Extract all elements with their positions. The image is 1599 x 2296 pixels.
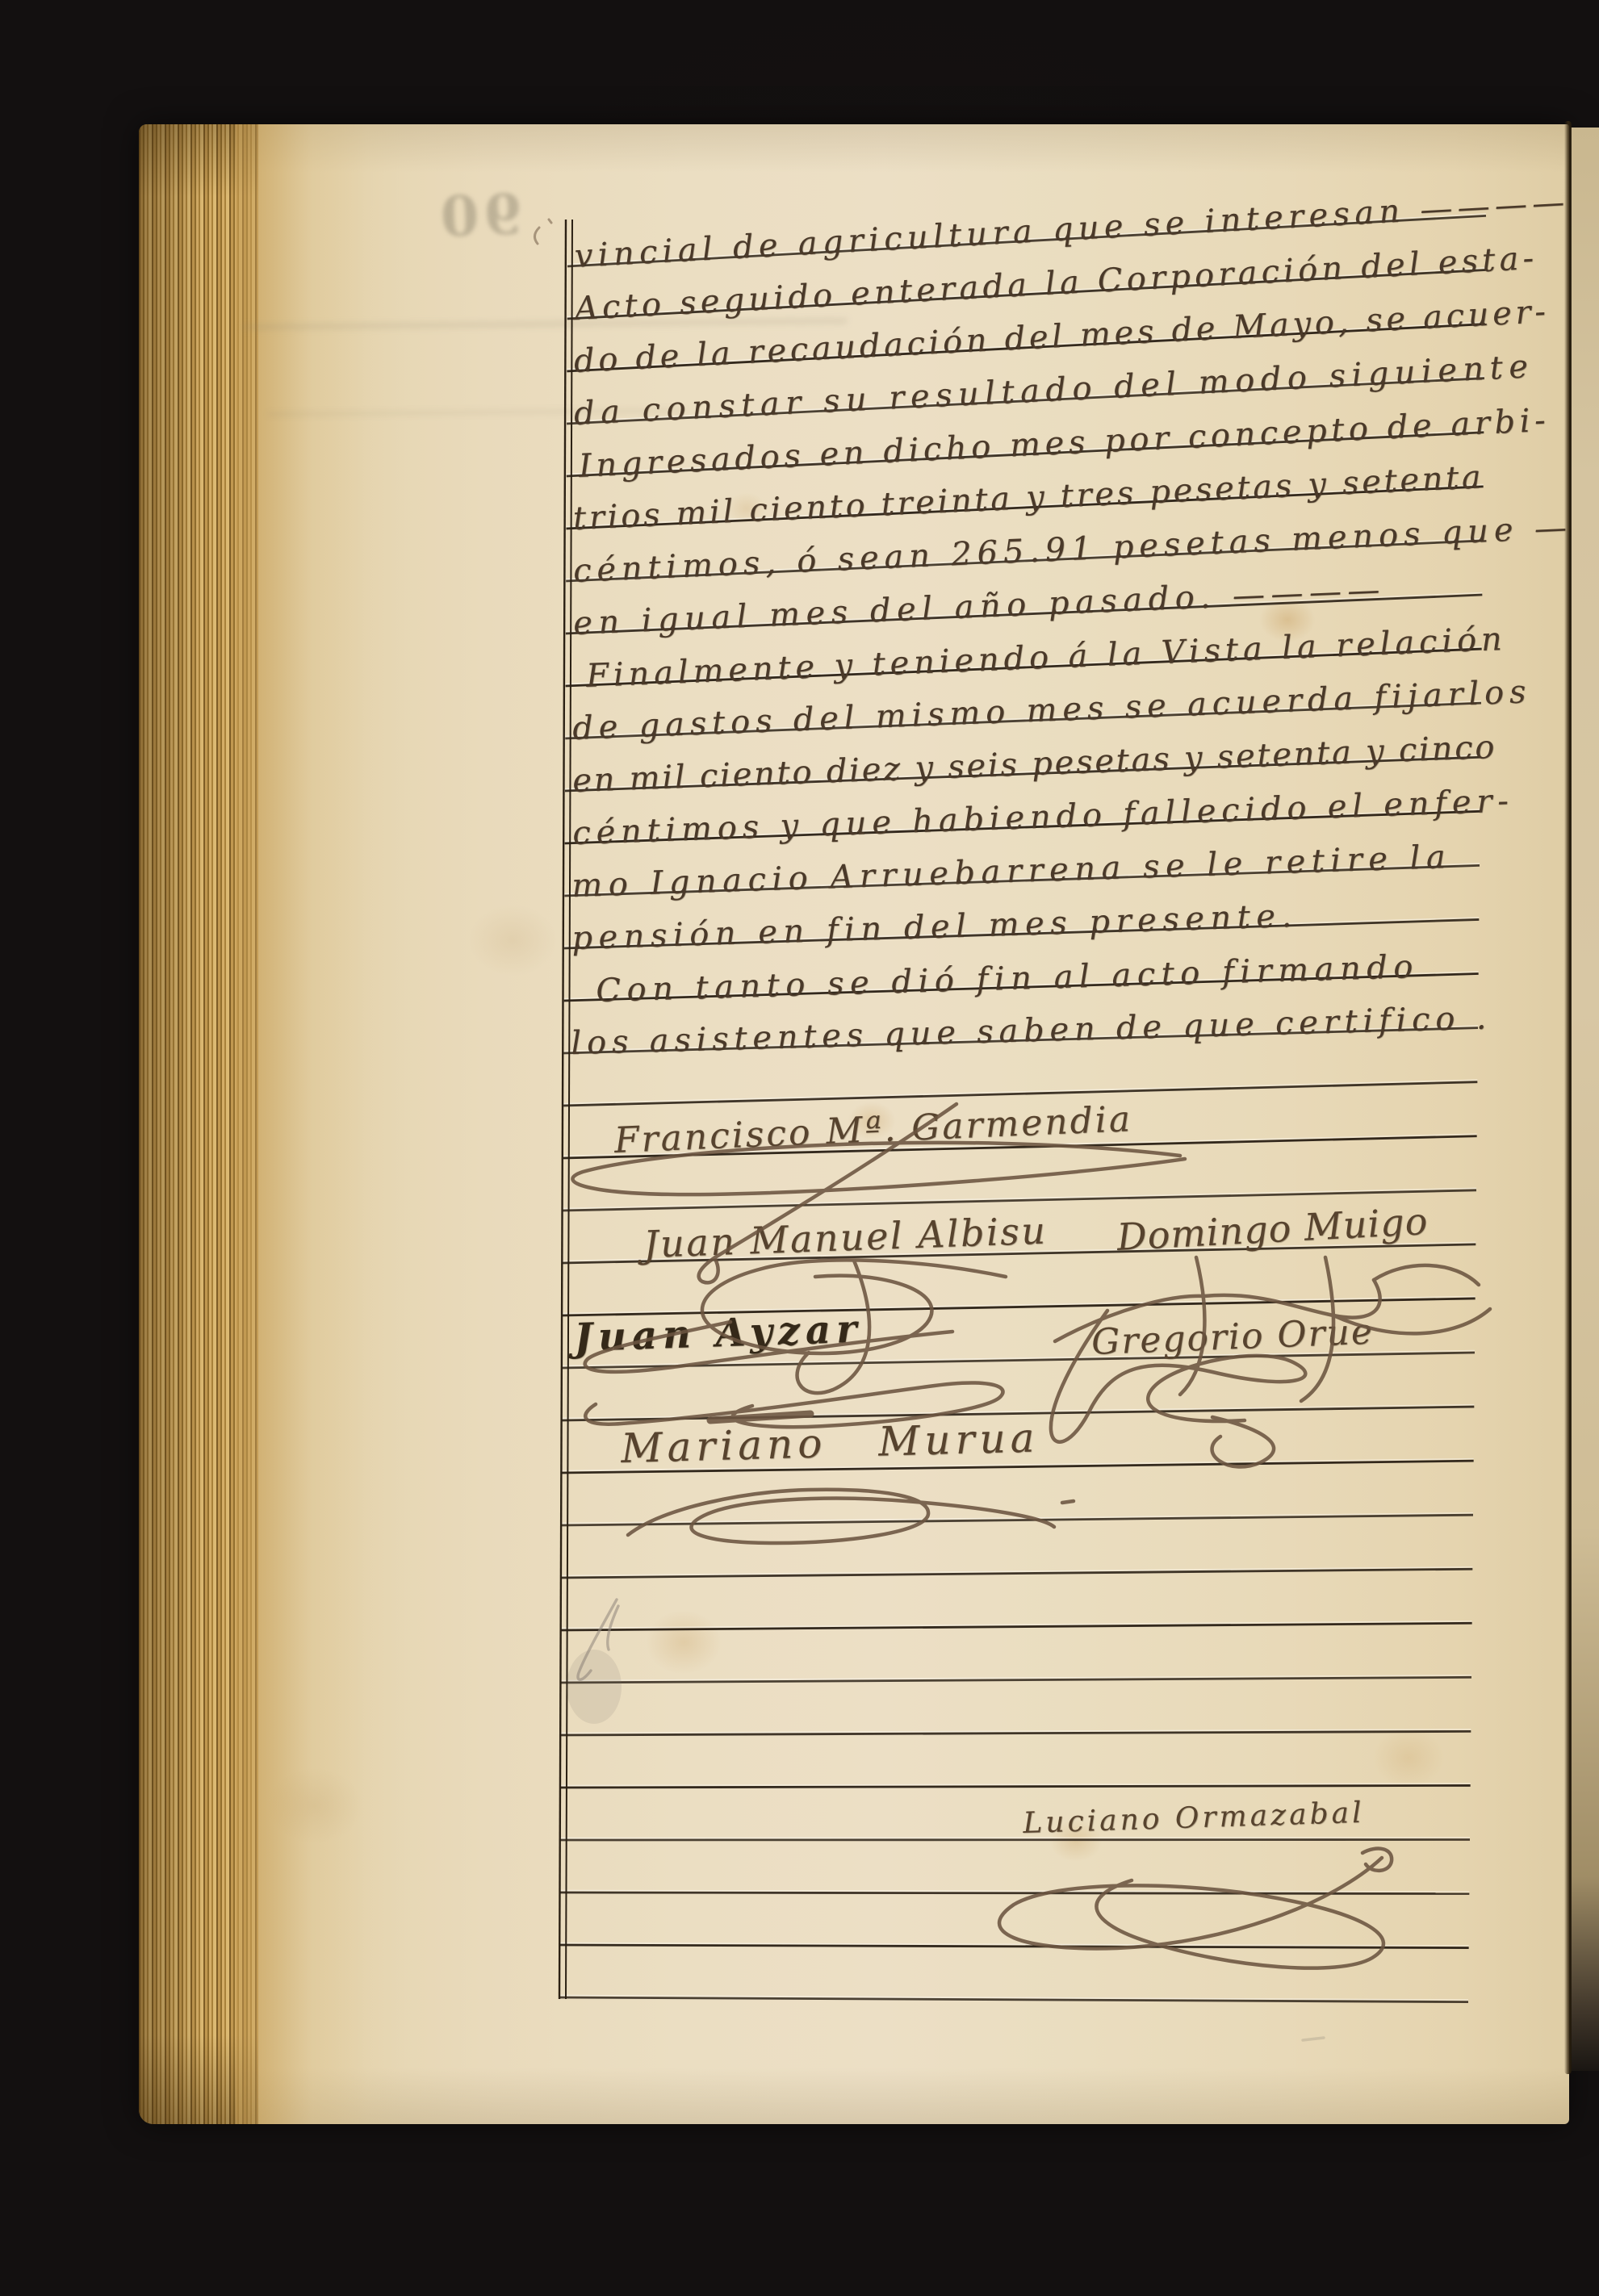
page-number-bleedthrough: 90 [435, 182, 523, 250]
signature: Gregorio Orue [1090, 1315, 1374, 1361]
photo-background: 90 vincial de agricultura que se interes… [0, 0, 1599, 2296]
adjacent-page-edge [1571, 128, 1599, 2071]
signature: Juan Ayzar [573, 1310, 862, 1357]
page-curve-shading [236, 124, 405, 2124]
gutter-crease [1564, 121, 1572, 2074]
signature: Mariano Murua [621, 1417, 1040, 1469]
